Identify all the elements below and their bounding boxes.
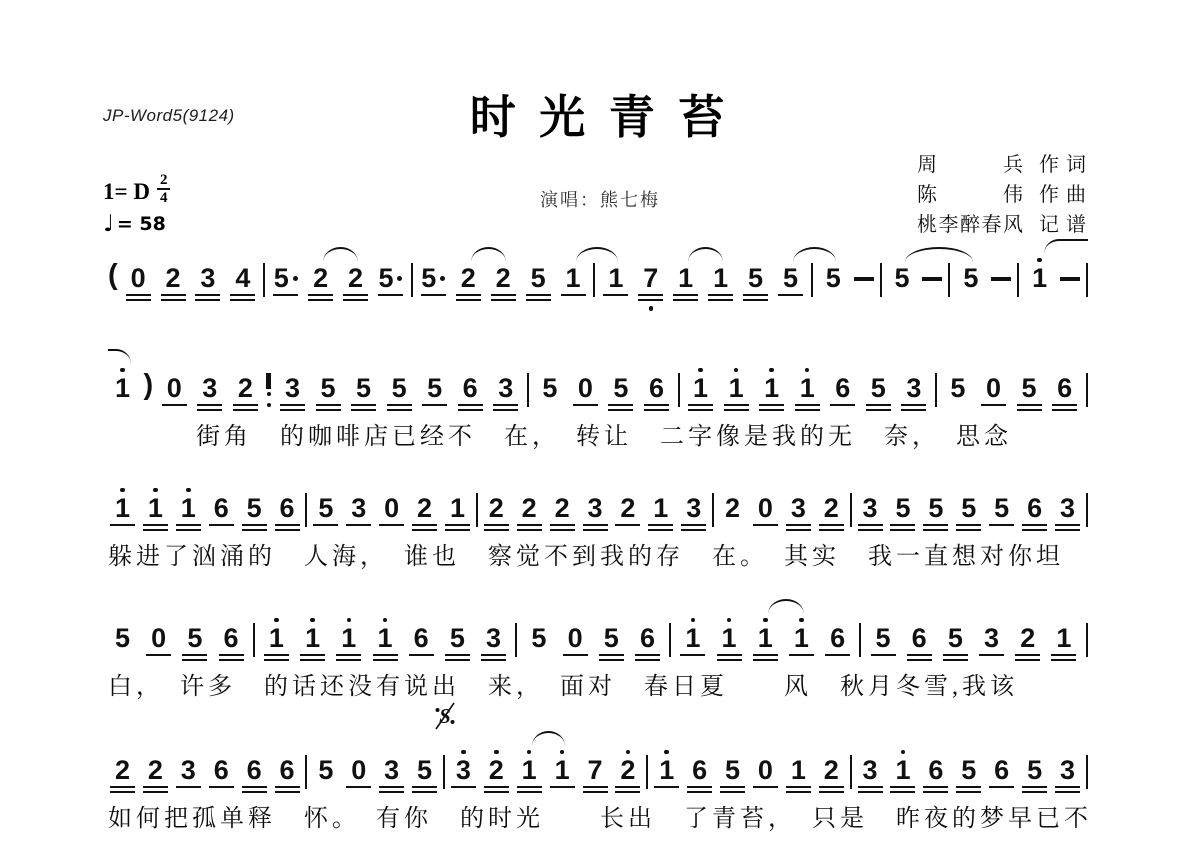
note: 1 — [559, 252, 588, 312]
duration-underline — [648, 529, 673, 531]
note: 3 — [491, 362, 520, 422]
duration-underline — [871, 654, 896, 656]
note-digit: 0 — [568, 624, 583, 652]
barline — [411, 263, 413, 297]
duration-underline — [573, 404, 598, 406]
note: 2 — [489, 252, 518, 312]
duration-underline — [680, 654, 705, 656]
duration-underline — [458, 409, 483, 411]
note: 2 — [231, 362, 260, 422]
duration-underline — [759, 409, 784, 411]
note-digit: 5 — [356, 374, 371, 402]
duration-underline — [412, 791, 437, 793]
note-digit: 6 — [414, 624, 429, 652]
duration-underline — [608, 404, 633, 406]
duration-underline — [176, 524, 201, 526]
duration-underline — [615, 786, 640, 788]
duration-underline — [923, 524, 948, 526]
duration-underline — [409, 654, 434, 656]
duration-underline — [708, 299, 733, 301]
note-digit: 1 — [758, 624, 773, 652]
barline — [263, 263, 265, 297]
note-digit: 2 — [522, 494, 537, 522]
note: 2 — [159, 252, 188, 312]
duration-underline — [195, 299, 220, 301]
note-digit: 5 — [1022, 374, 1037, 402]
note-digit: 3 — [863, 494, 878, 522]
duration-underline — [264, 659, 289, 661]
duration-underline — [517, 791, 542, 793]
barline — [1086, 263, 1088, 297]
score: (02345225522511711555551 1)0323555563505… — [108, 252, 1088, 832]
octave-dot-above — [120, 368, 125, 373]
note: 2 — [817, 744, 846, 804]
note-digit: 0 — [351, 756, 366, 784]
note-digit: 3 — [791, 494, 806, 522]
note-digit: 2 — [238, 374, 253, 402]
duration-underline — [563, 654, 588, 656]
duration-underline — [176, 529, 201, 531]
duration-underline — [1015, 659, 1040, 661]
note: 1 — [262, 612, 291, 672]
note-digit: 1 — [565, 264, 580, 292]
meter-numerator: 2 — [157, 173, 171, 190]
note: 6 — [407, 612, 436, 672]
credit-role: 记谱 — [1039, 210, 1093, 240]
duration-underline — [786, 524, 811, 526]
duration-underline — [717, 659, 742, 661]
duration-underline — [219, 659, 244, 661]
note-digit: 2 — [1020, 624, 1035, 652]
duration-underline — [445, 529, 470, 531]
barline — [305, 755, 307, 789]
duration-underline — [1022, 786, 1047, 788]
note-digit: 1 — [713, 264, 728, 292]
note-digit: 6 — [835, 374, 850, 402]
duration-underline — [866, 409, 891, 411]
duration-underline — [493, 404, 518, 406]
note: 2 — [515, 482, 544, 542]
duration-underline — [373, 654, 398, 656]
note-digit: 2 — [725, 494, 740, 522]
note: 1 — [671, 252, 700, 312]
duration-underline — [230, 294, 255, 296]
duration-underline — [1017, 404, 1042, 406]
note: 3 — [1053, 744, 1082, 804]
note: 1 — [757, 362, 786, 422]
note: 6 — [921, 744, 950, 804]
duration-underline — [343, 294, 368, 296]
duration-underline — [923, 791, 948, 793]
note-digit: 5 — [725, 756, 740, 784]
notation-line-2: 1)0323555563505611116535056 — [108, 362, 1088, 419]
duration-underline — [687, 786, 712, 788]
barline — [859, 623, 861, 657]
duration-underline — [943, 659, 968, 661]
note-digit: 5 — [542, 374, 557, 402]
note: 2 — [341, 252, 370, 312]
note-digit: 5 — [247, 494, 262, 522]
note-digit: 3 — [181, 756, 196, 784]
note-digit: 0 — [758, 494, 773, 522]
barline — [811, 263, 813, 297]
note: 5 — [108, 612, 137, 672]
note-digit: 1 — [659, 756, 674, 784]
duration-underline — [901, 409, 926, 411]
duration-underline — [1022, 791, 1047, 793]
note: 1 — [443, 482, 472, 542]
repeat-start-sign — [266, 373, 271, 407]
duration-underline — [484, 791, 509, 793]
duration-underline — [230, 299, 255, 301]
note: 5 — [1015, 362, 1044, 422]
duration-underline — [981, 404, 1006, 406]
note: 1 — [298, 612, 327, 672]
duration-underline — [458, 404, 483, 406]
octave-dot-above — [799, 618, 804, 623]
note: 6 — [1050, 362, 1079, 422]
sheet-music-page: JP-Word5(9124) 时 光 青 苔 演唱：熊七梅 周兵作词陈伟作曲桃李… — [0, 0, 1200, 850]
note: 6 — [456, 362, 485, 422]
note: 1 — [646, 482, 675, 542]
note: 5 — [941, 612, 970, 672]
note: 2 — [817, 482, 846, 542]
duration-underline — [743, 299, 768, 301]
note: 6 — [207, 482, 236, 542]
note: 6 — [905, 612, 934, 672]
duration-underline — [275, 529, 300, 531]
note-digit: 3 — [686, 494, 701, 522]
octave-dot-above — [664, 750, 669, 755]
note: 0 — [377, 482, 406, 542]
note: 3 — [174, 744, 203, 804]
octave-dot-above — [494, 750, 499, 755]
duration-underline — [162, 404, 187, 406]
augmentation-dot — [440, 276, 445, 281]
tempo-marking: ♩ = 58 — [103, 213, 170, 235]
duration-underline — [219, 654, 244, 656]
note: 5 — [349, 362, 378, 422]
duration-underline — [242, 791, 267, 793]
note-digit: 2 — [489, 756, 504, 784]
note-digit: 2 — [313, 264, 328, 292]
octave-dot-above — [727, 618, 732, 623]
duration-underline — [378, 294, 403, 296]
credit-name: 陈伟 — [917, 180, 1023, 210]
barline — [1086, 493, 1088, 527]
note-digit: 6 — [1027, 494, 1042, 522]
duration-underline — [583, 529, 608, 531]
duration-underline — [484, 786, 509, 788]
duration-underline — [484, 524, 509, 526]
duration-underline — [1052, 409, 1077, 411]
note: 2 — [548, 482, 577, 542]
duration-underline — [517, 524, 542, 526]
key-signature-block: 1= D 2 4 ♩ = 58 — [103, 176, 170, 235]
octave-dot-above — [560, 750, 565, 755]
duration-underline — [890, 791, 915, 793]
note-digit: 5 — [748, 264, 763, 292]
note: 0 — [571, 362, 600, 422]
note-digit: 3 — [906, 374, 921, 402]
note-digit: 2 — [461, 264, 476, 292]
duration-underline — [242, 529, 267, 531]
credit-row: 桃李醉春风记谱 — [917, 210, 1093, 240]
sustain-dash — [922, 252, 942, 281]
note: 3 — [581, 482, 610, 542]
note-digit: 2 — [555, 494, 570, 522]
note-digit: 2 — [620, 494, 635, 522]
note-digit: 5 — [531, 624, 546, 652]
notation-line-3: 11165653021222321320323555563 — [108, 482, 1088, 539]
note-digit: 1 — [794, 624, 809, 652]
duration-underline — [830, 404, 855, 406]
note-digit: 3 — [984, 624, 999, 652]
duration-underline — [110, 786, 135, 788]
note: 3 — [784, 482, 813, 542]
duration-underline — [209, 786, 234, 788]
note: 3 — [193, 252, 222, 312]
duration-underline — [956, 791, 981, 793]
note-digit: 1 — [685, 624, 700, 652]
note-digit: 1 — [148, 494, 163, 522]
note: 0 — [561, 612, 590, 672]
duration-underline — [858, 524, 883, 526]
note-digit: 1 — [305, 624, 320, 652]
note: 7 — [581, 744, 610, 804]
note: 5 — [420, 362, 449, 422]
duration-underline — [717, 654, 742, 656]
note: 3 — [449, 744, 478, 804]
note-digit: 3 — [863, 756, 878, 784]
note: 5 — [240, 482, 269, 542]
note-digit: 3 — [1060, 494, 1075, 522]
note: 5 — [376, 252, 405, 312]
octave-dot-above — [153, 488, 158, 493]
duration-underline — [209, 524, 234, 526]
octave-dot-above — [734, 368, 739, 373]
note-digit: 3 — [202, 374, 217, 402]
duration-underline — [412, 529, 437, 531]
note-digit: 5 — [895, 494, 910, 522]
note: 5 — [597, 612, 626, 672]
octave-dot-above — [274, 618, 279, 623]
duration-underline — [615, 524, 640, 526]
note: 6 — [273, 482, 302, 542]
duration-underline — [412, 524, 437, 526]
duration-underline — [161, 299, 186, 301]
duration-underline — [273, 294, 298, 296]
duration-underline — [550, 529, 575, 531]
duration-underline — [110, 791, 135, 793]
note: 1 — [678, 612, 707, 672]
duration-underline — [275, 791, 300, 793]
duration-underline — [143, 529, 168, 531]
note-digit: 1 — [450, 494, 465, 522]
duration-underline — [1051, 654, 1076, 656]
note: 5 — [419, 252, 448, 312]
augmentation-dot — [397, 276, 402, 281]
barline — [1086, 373, 1088, 407]
note-digit: 5 — [826, 264, 841, 292]
duration-underline — [313, 524, 338, 526]
note: 3 — [977, 612, 1006, 672]
sustain-dash — [991, 252, 1011, 281]
duration-underline — [778, 294, 803, 296]
duration-underline — [316, 404, 341, 406]
note-digit: 5 — [948, 624, 963, 652]
duration-underline — [615, 791, 640, 793]
duration-underline — [681, 529, 706, 531]
note: 5 — [385, 362, 414, 422]
barline — [515, 623, 517, 657]
meter-denominator: 4 — [160, 190, 168, 205]
note-digit: 5 — [613, 374, 628, 402]
note: 1 — [1025, 252, 1054, 312]
duration-underline — [789, 654, 814, 656]
credit-role: 作曲 — [1039, 180, 1093, 210]
duration-underline — [1055, 786, 1080, 788]
duration-underline — [379, 786, 404, 788]
duration-underline — [724, 404, 749, 406]
note-digit: 5 — [318, 756, 333, 784]
note: 1 — [787, 612, 816, 672]
duration-underline — [561, 294, 586, 296]
duration-underline — [351, 404, 376, 406]
duration-underline — [890, 524, 915, 526]
note: 5 — [954, 744, 983, 804]
note-digit: 6 — [247, 756, 262, 784]
duration-underline — [445, 654, 470, 656]
note: 6 — [207, 744, 236, 804]
duration-underline — [901, 404, 926, 406]
note-digit: 5 — [427, 374, 442, 402]
duration-underline — [387, 409, 412, 411]
note: 2 — [613, 744, 642, 804]
note-digit: 5 — [604, 624, 619, 652]
duration-underline — [379, 524, 404, 526]
duration-underline — [759, 404, 784, 406]
octave-dot-above — [769, 368, 774, 373]
note-digit: 6 — [994, 756, 1009, 784]
credits-block: 周兵作词陈伟作曲桃李醉春风记谱 — [917, 150, 1093, 240]
augmentation-dot — [293, 276, 298, 281]
duration-underline — [451, 786, 476, 788]
note: 0 — [751, 482, 780, 542]
song-title: 时 光 青 苔 — [0, 88, 1200, 148]
note-digit: 0 — [578, 374, 593, 402]
note: 5 — [606, 362, 635, 422]
note: 1 — [108, 482, 137, 542]
lyrics-line-4: 如何把孤单释 怀。 有你 的时光 长出 了青苔， 只是 昨夜的梦早已不 — [108, 804, 1088, 834]
duration-underline — [608, 409, 633, 411]
duration-underline — [456, 294, 481, 296]
lyrics-line-2: 躲进了汹涌的 人海， 谁也 察觉不到我的存 在。 其实 我一直想对你坦 — [108, 542, 1088, 572]
note-digit: 0 — [151, 624, 166, 652]
note: 6 — [828, 362, 857, 422]
duration-underline — [956, 529, 981, 531]
note: 5 — [271, 252, 300, 312]
duration-underline — [264, 654, 289, 656]
duration-underline — [242, 524, 267, 526]
note: 5 — [524, 612, 553, 672]
note: 6 — [685, 744, 714, 804]
octave-dot-below — [649, 306, 654, 311]
duration-underline — [858, 529, 883, 531]
note-digit: 0 — [758, 756, 773, 784]
system-2: 1)0323555563505611116535056 街角 的咖啡店已经不 在… — [108, 362, 1088, 452]
note: 2 — [482, 482, 511, 542]
note-digit: 6 — [928, 756, 943, 784]
duration-underline — [989, 524, 1014, 526]
note: 5 — [987, 482, 1016, 542]
duration-underline — [599, 659, 624, 661]
duration-underline — [786, 786, 811, 788]
octave-dot-above — [383, 618, 388, 623]
lyrics-line-3: 白， 许多 的话还没有说出 来， 面对 春日夏 风 秋月冬雪,我该 — [108, 672, 1088, 702]
lyrics-line-1: 街角 的咖啡店已经不 在， 转让 二字像是我的无 奈， 思念 — [108, 422, 1088, 452]
note-digit: 6 — [224, 624, 239, 652]
duration-underline — [1055, 524, 1080, 526]
note: 5 — [443, 612, 472, 672]
note-digit: 3 — [498, 374, 513, 402]
note: 1 — [751, 612, 780, 672]
duration-underline — [795, 409, 820, 411]
note: 6 — [642, 362, 671, 422]
notation-line-5: 22366650353211721650123165653S — [108, 744, 1088, 801]
note-digit: 1 — [791, 756, 806, 784]
note-digit: 6 — [912, 624, 927, 652]
duration-underline — [681, 524, 706, 526]
duration-underline — [989, 786, 1014, 788]
note-digit: 1 — [269, 624, 284, 652]
duration-underline — [635, 654, 660, 656]
note-digit: 2 — [115, 756, 130, 784]
duration-underline — [724, 409, 749, 411]
credit-role: 作词 — [1039, 150, 1093, 180]
note: 1 — [174, 482, 203, 542]
note: 3 — [377, 744, 406, 804]
note-digit: 1 — [555, 756, 570, 784]
note-digit: 2 — [489, 494, 504, 522]
duration-underline — [351, 409, 376, 411]
note-digit: 5 — [895, 264, 910, 292]
note-digit: 2 — [417, 494, 432, 522]
note-digit: 6 — [692, 756, 707, 784]
note-digit: 6 — [214, 494, 229, 522]
note: 5 — [869, 612, 898, 672]
note: 1 — [108, 362, 137, 422]
duration-underline — [481, 654, 506, 656]
note: 6 — [217, 612, 246, 672]
note-digit: 0 — [986, 374, 1001, 402]
note-digit: 5 — [963, 264, 978, 292]
note-digit: 3 — [587, 494, 602, 522]
duration-underline — [654, 786, 679, 788]
duration-underline — [907, 659, 932, 661]
note: 2 — [410, 482, 439, 542]
duration-underline — [688, 409, 713, 411]
duration-underline — [635, 659, 660, 661]
note-digit: 0 — [131, 264, 146, 292]
note-digit: 3 — [456, 756, 471, 784]
note-digit: 5 — [1027, 756, 1042, 784]
duration-underline — [421, 294, 446, 296]
octave-dot-above — [1037, 258, 1042, 263]
note: 1 — [793, 362, 822, 422]
octave-dot-above — [805, 368, 810, 373]
note: 1 — [141, 482, 170, 542]
